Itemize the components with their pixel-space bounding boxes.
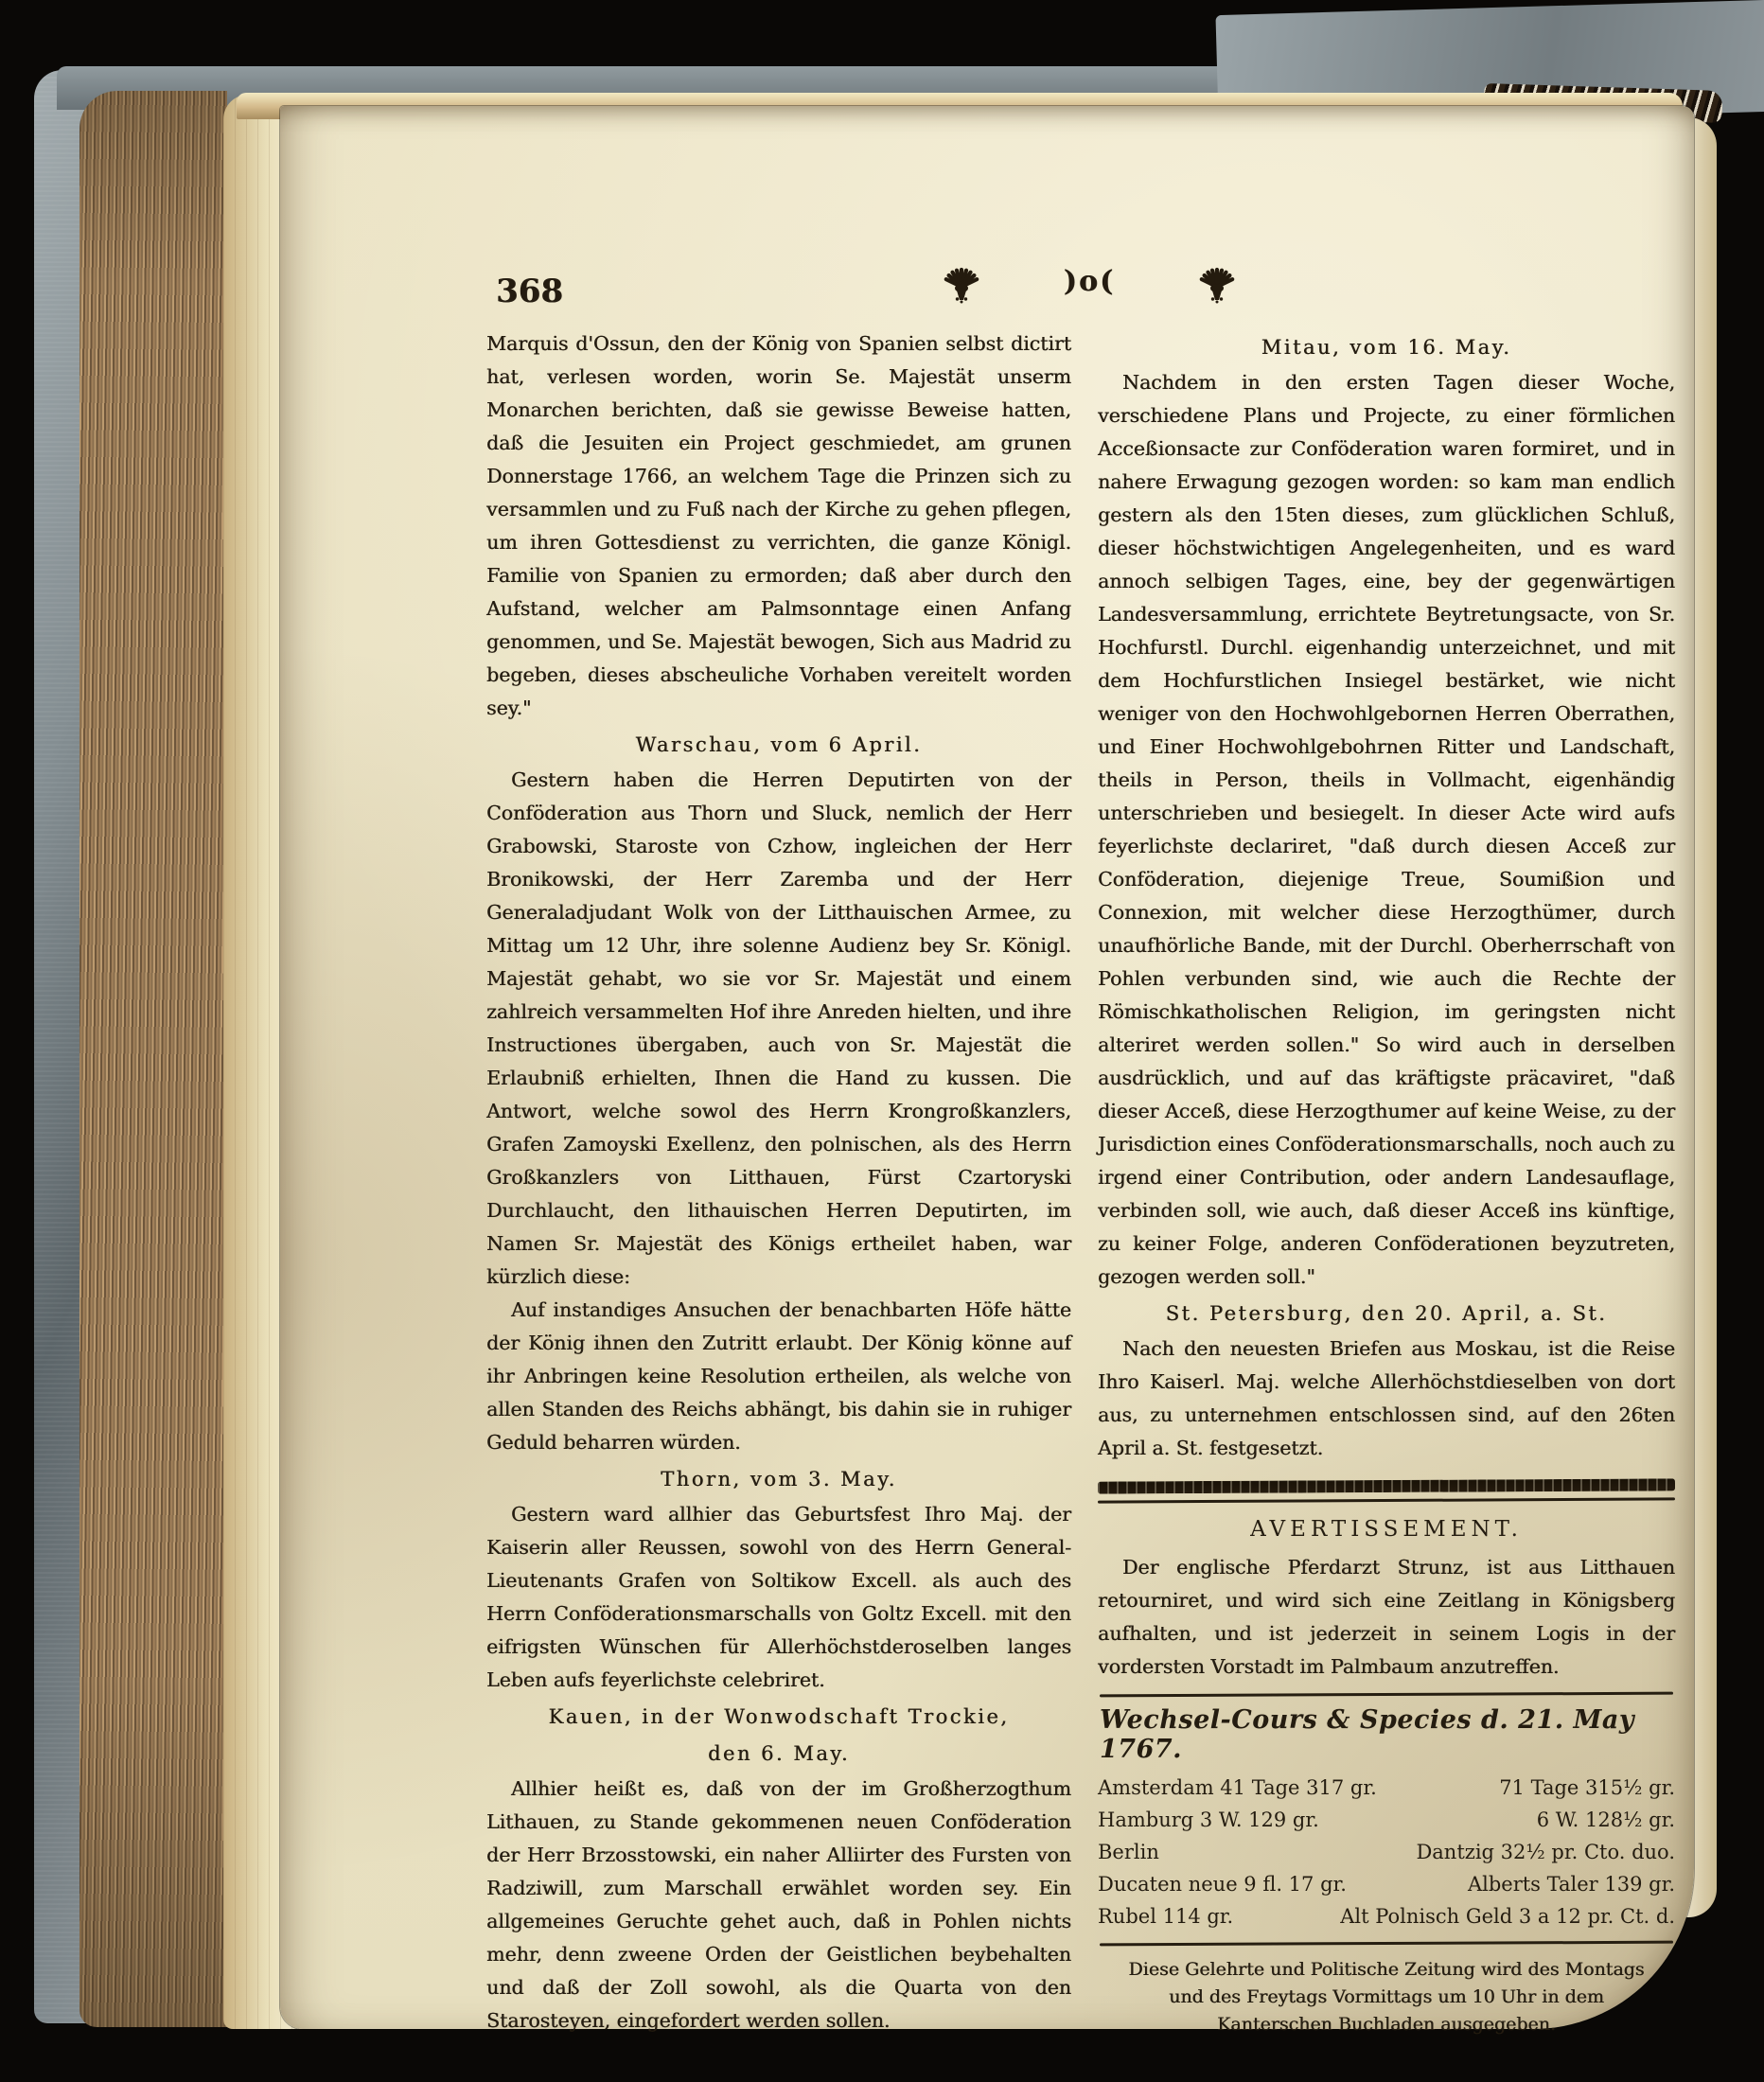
open-page: 368 )o( <box>280 106 1694 2029</box>
article-paragraph: Nach den neuesten Briefen aus Moskau, is… <box>1098 1332 1675 1465</box>
imprint-note: Diese Gelehrte und Politische Zeitung wi… <box>1098 1956 1675 2038</box>
dateline-heading: den 6. May. <box>486 1737 1071 1771</box>
dateline-heading: St. Petersburg, den 20. April, a. St. <box>1098 1297 1675 1331</box>
text-columns: Marquis d'Ossun, den der König von Spani… <box>486 327 1675 2038</box>
dateline-heading: Mitau, vom 16. May. <box>1098 330 1675 364</box>
thin-rule <box>1100 1692 1673 1698</box>
exchange-row: BerlinDantzig 32½ pr. Cto. duo. <box>1098 1836 1675 1868</box>
dateline-heading: Warschau, vom 6 April. <box>486 728 1071 762</box>
dateline-heading: Kauen, in der Wonwodschaft Trockie, <box>486 1700 1071 1734</box>
rule-bar <box>1098 1478 1675 1493</box>
exchange-cell-right: Alt Polnisch Geld 3 a 12 pr. Ct. d. <box>1340 1900 1675 1932</box>
book-scan: 368 )o( <box>0 0 1764 2082</box>
article-paragraph: Der englische Pferdarzt Strunz, ist aus … <box>1098 1551 1675 1684</box>
exchange-row: Rubel 114 gr.Alt Polnisch Geld 3 a 12 pr… <box>1098 1900 1675 1932</box>
exchange-cell-right: Alberts Taler 139 gr. <box>1468 1868 1675 1900</box>
exchange-cell-left: Ducaten neue 9 fl. 17 gr. <box>1098 1868 1347 1900</box>
article-paragraph: Nachdem in den ersten Tagen dieser Woche… <box>1098 366 1675 1294</box>
article-paragraph: Gestern ward allhier das Geburtsfest Ihr… <box>486 1498 1071 1697</box>
exchange-cell-left: Berlin <box>1098 1836 1159 1868</box>
article-paragraph: Marquis d'Ossun, den der König von Spani… <box>486 327 1071 725</box>
shell-ornament-icon <box>1196 264 1238 304</box>
article-paragraph: Allhier heißt es, daß von der im Großher… <box>486 1773 1071 2038</box>
article-paragraph: Gestern haben die Herren Deputirten von … <box>486 764 1071 1294</box>
rule-line <box>1098 1497 1675 1503</box>
exchange-rates-title: Wechsel-Cours & Species d. 21. May 1767. <box>1100 1705 1673 1764</box>
exchange-cell-right: Dantzig 32½ pr. Cto. duo. <box>1416 1836 1675 1868</box>
column-left: Marquis d'Ossun, den der König von Spani… <box>486 327 1071 2038</box>
exchange-cell-left: Hamburg 3 W. 129 gr. <box>1098 1804 1319 1836</box>
exchange-row: Amsterdam 41 Tage 317 gr.71 Tage 315½ gr… <box>1098 1772 1675 1804</box>
article-paragraph: Auf instandiges Ansuchen der benachbarte… <box>486 1294 1071 1459</box>
exchange-cell-right: 6 W. 128½ gr. <box>1537 1804 1675 1836</box>
exchange-table: Amsterdam 41 Tage 317 gr.71 Tage 315½ gr… <box>1098 1772 1675 1932</box>
column-right: Mitau, vom 16. May.Nachdem in den ersten… <box>1098 327 1675 2038</box>
page-edges-stack <box>79 91 227 2027</box>
exchange-row: Hamburg 3 W. 129 gr.6 W. 128½ gr. <box>1098 1804 1675 1836</box>
header-signature-mark: )o( <box>1064 265 1115 298</box>
exchange-cell-left: Amsterdam 41 Tage 317 gr. <box>1098 1772 1377 1804</box>
thin-rule <box>1100 1941 1673 1947</box>
page-number: 368 <box>496 273 563 310</box>
shell-ornament-icon <box>941 264 982 304</box>
exchange-cell-left: Rubel 114 gr. <box>1098 1900 1233 1932</box>
dateline-heading: Thorn, vom 3. May. <box>486 1462 1071 1496</box>
exchange-cell-right: 71 Tage 315½ gr. <box>1499 1772 1675 1804</box>
exchange-row: Ducaten neue 9 fl. 17 gr.Alberts Taler 1… <box>1098 1868 1675 1900</box>
avertissement-heading: AVERTISSEMENT. <box>1098 1517 1675 1542</box>
thick-decorative-rule <box>1098 1480 1675 1502</box>
header-ornaments: )o( <box>941 257 1238 310</box>
